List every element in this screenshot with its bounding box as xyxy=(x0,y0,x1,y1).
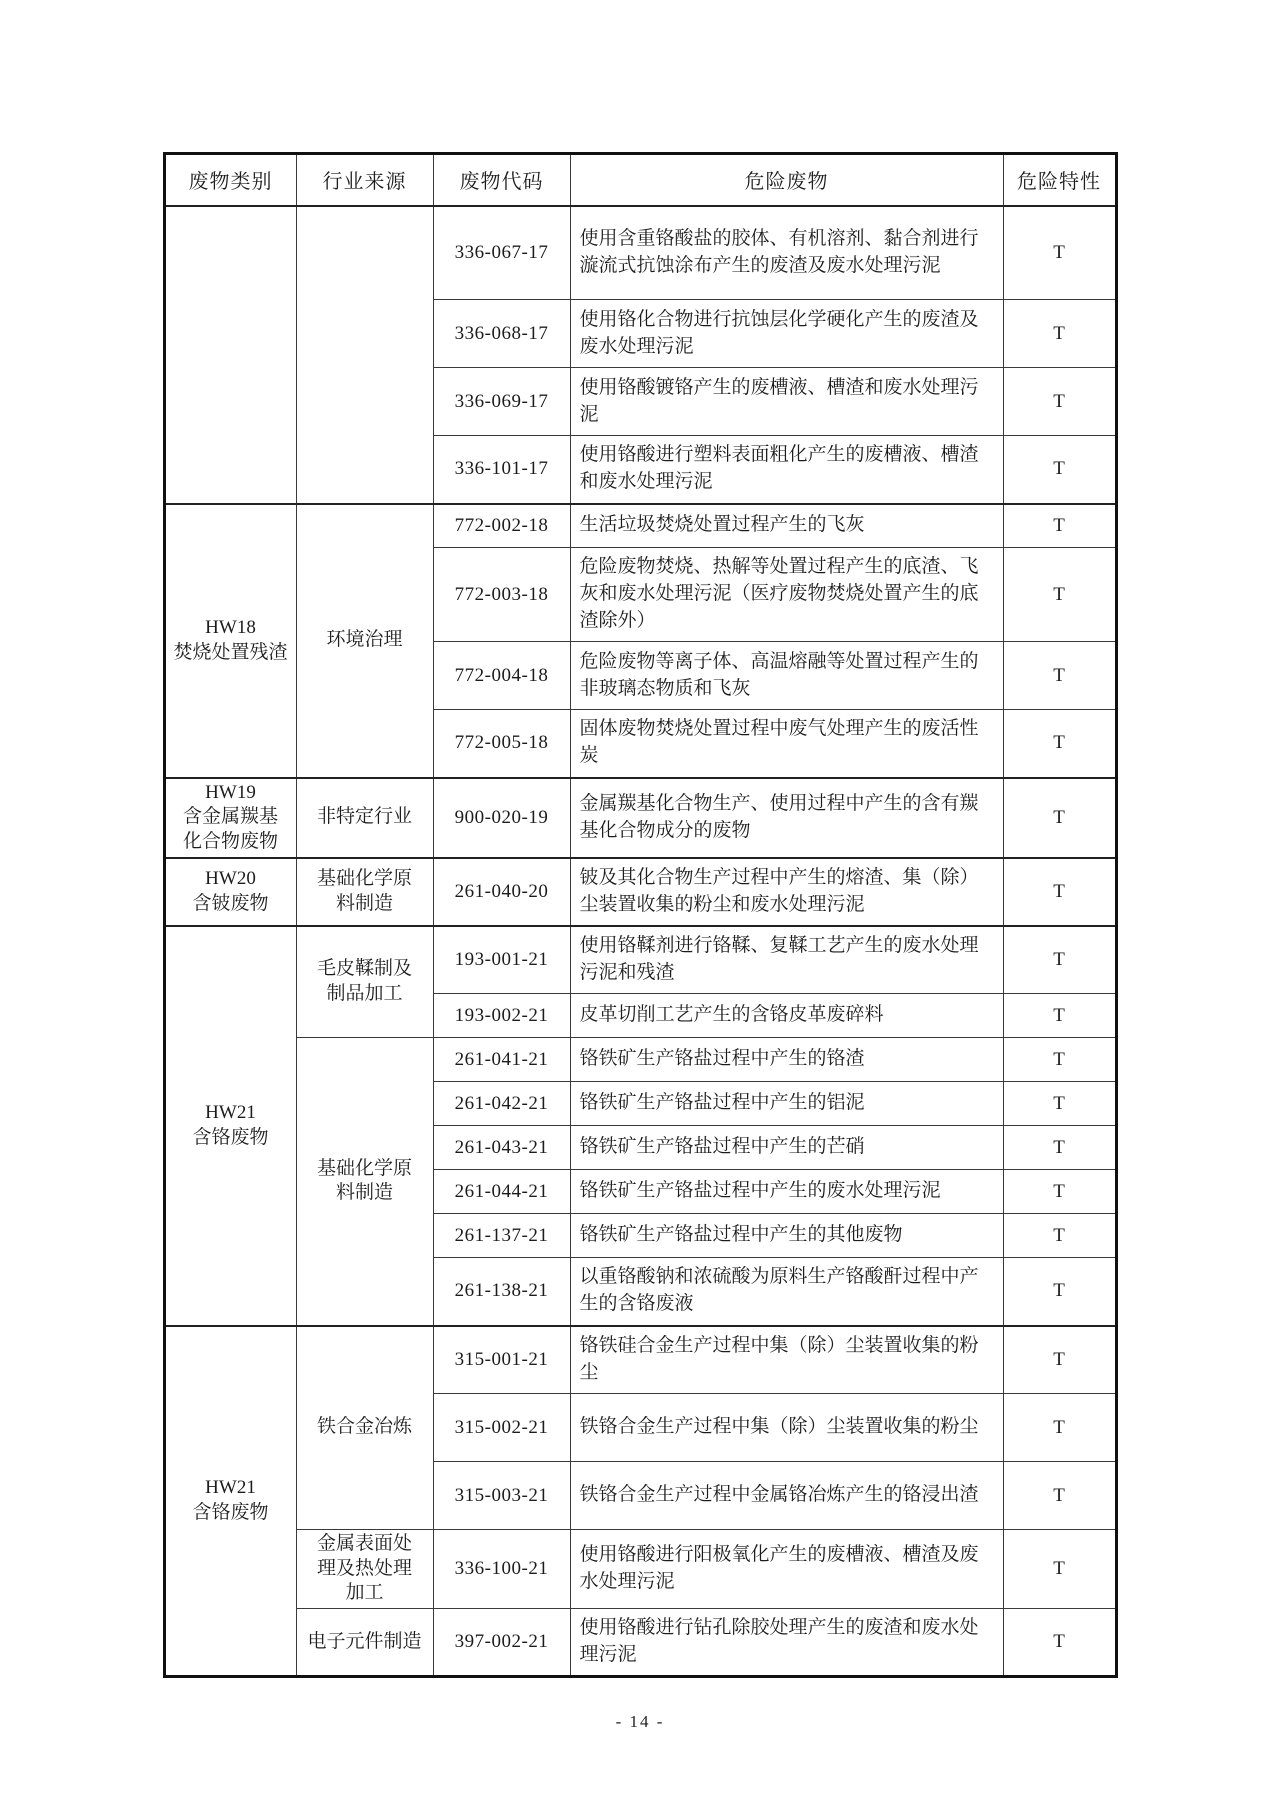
hazardous-waste-table: 废物类别 行业来源 废物代码 危险废物 危险特性 336-067-17 使用含重… xyxy=(163,152,1118,1678)
waste-code-cell: 261-044-21 xyxy=(433,1170,570,1214)
waste-desc-cell: 生活垃圾焚烧处置过程产生的飞灰 xyxy=(570,504,1003,548)
waste-code-cell: 900-020-19 xyxy=(433,778,570,858)
waste-code-cell: 772-004-18 xyxy=(433,642,570,710)
waste-code-cell: 336-069-17 xyxy=(433,368,570,436)
waste-code-cell: 261-042-21 xyxy=(433,1082,570,1126)
industry-cell: 环境治理 xyxy=(296,504,433,778)
page-number: - 14 - xyxy=(0,1712,1280,1732)
hazard-cell: T xyxy=(1003,1462,1116,1530)
hazard-cell: T xyxy=(1003,368,1116,436)
category-cell: HW21 含铬废物 xyxy=(164,926,296,1326)
waste-desc-cell: 铬铁矿生产铬盐过程中产生的废水处理污泥 xyxy=(570,1170,1003,1214)
hazard-cell: T xyxy=(1003,926,1116,994)
waste-desc-cell: 铁铬合金生产过程中集（除）尘装置收集的粉尘 xyxy=(570,1394,1003,1462)
hazard-cell: T xyxy=(1003,642,1116,710)
hazard-cell: T xyxy=(1003,1394,1116,1462)
table-row: 336-067-17 使用含重铬酸盐的胶体、有机溶剂、黏合剂进行漩流式抗蚀涂布产… xyxy=(164,206,1116,300)
waste-code-cell: 772-003-18 xyxy=(433,548,570,642)
waste-code-cell: 397-002-21 xyxy=(433,1609,570,1677)
waste-code-cell: 261-040-20 xyxy=(433,858,570,926)
column-header-hazard: 危险特性 xyxy=(1003,154,1116,206)
hazard-cell: T xyxy=(1003,436,1116,504)
waste-desc-cell: 铬铁硅合金生产过程中集（除）尘装置收集的粉尘 xyxy=(570,1326,1003,1394)
waste-desc-cell: 金属羰基化合物生产、使用过程中产生的含有羰基化合物成分的废物 xyxy=(570,778,1003,858)
waste-desc-cell: 铬铁矿生产铬盐过程中产生的其他废物 xyxy=(570,1214,1003,1258)
waste-code-cell: 336-100-21 xyxy=(433,1530,570,1609)
industry-cell: 毛皮鞣制及 制品加工 xyxy=(296,926,433,1038)
waste-desc-cell: 使用铬酸进行钻孔除胶处理产生的废渣和废水处理污泥 xyxy=(570,1609,1003,1677)
waste-code-cell: 261-138-21 xyxy=(433,1258,570,1326)
document-page: 废物类别 行业来源 废物代码 危险废物 危险特性 336-067-17 使用含重… xyxy=(0,0,1280,1810)
waste-code-cell: 193-002-21 xyxy=(433,994,570,1038)
industry-cell: 金属表面处 理及热处理 加工 xyxy=(296,1530,433,1609)
waste-code-cell: 261-041-21 xyxy=(433,1038,570,1082)
waste-desc-cell: 铬铁矿生产铬盐过程中产生的铬渣 xyxy=(570,1038,1003,1082)
waste-desc-cell: 皮革切削工艺产生的含铬皮革废碎料 xyxy=(570,994,1003,1038)
waste-desc-cell: 危险废物焚烧、热解等处置过程产生的底渣、飞灰和废水处理污泥（医疗废物焚烧处置产生… xyxy=(570,548,1003,642)
table-row: 金属表面处 理及热处理 加工 336-100-21 使用铬酸进行阳极氧化产生的废… xyxy=(164,1530,1116,1609)
hazard-cell: T xyxy=(1003,1258,1116,1326)
waste-desc-cell: 使用铬酸进行塑料表面粗化产生的废槽液、槽渣和废水处理污泥 xyxy=(570,436,1003,504)
waste-desc-cell: 铬铁矿生产铬盐过程中产生的铝泥 xyxy=(570,1082,1003,1126)
category-cell: HW21 含铬废物 xyxy=(164,1326,296,1677)
table-row: 基础化学原 料制造 261-041-21 铬铁矿生产铬盐过程中产生的铬渣 T xyxy=(164,1038,1116,1082)
category-cell: HW19 含金属羰基 化合物废物 xyxy=(164,778,296,858)
waste-desc-cell: 铍及其化合物生产过程中产生的熔渣、集（除）尘装置收集的粉尘和废水处理污泥 xyxy=(570,858,1003,926)
waste-desc-cell: 铬铁矿生产铬盐过程中产生的芒硝 xyxy=(570,1126,1003,1170)
waste-desc-cell: 铁铬合金生产过程中金属铬冶炼产生的铬浸出渣 xyxy=(570,1462,1003,1530)
waste-code-cell: 336-068-17 xyxy=(433,300,570,368)
waste-code-cell: 315-002-21 xyxy=(433,1394,570,1462)
category-cell: HW18 焚烧处置残渣 xyxy=(164,504,296,778)
column-header-category: 废物类别 xyxy=(164,154,296,206)
column-header-waste: 危险废物 xyxy=(570,154,1003,206)
waste-code-cell: 261-043-21 xyxy=(433,1126,570,1170)
waste-code-cell: 315-003-21 xyxy=(433,1462,570,1530)
hazard-cell: T xyxy=(1003,1326,1116,1394)
industry-cell: 非特定行业 xyxy=(296,778,433,858)
waste-desc-cell: 使用铬鞣剂进行铬鞣、复鞣工艺产生的废水处理污泥和残渣 xyxy=(570,926,1003,994)
waste-desc-cell: 危险废物等离子体、高温熔融等处置过程产生的非玻璃态物质和飞灰 xyxy=(570,642,1003,710)
table-row: HW19 含金属羰基 化合物废物 非特定行业 900-020-19 金属羰基化合… xyxy=(164,778,1116,858)
category-cell: HW20 含铍废物 xyxy=(164,858,296,926)
waste-code-cell: 261-137-21 xyxy=(433,1214,570,1258)
hazard-cell: T xyxy=(1003,1609,1116,1677)
table-row: HW21 含铬废物 毛皮鞣制及 制品加工 193-001-21 使用铬鞣剂进行铬… xyxy=(164,926,1116,994)
waste-code-cell: 772-002-18 xyxy=(433,504,570,548)
category-cell xyxy=(164,206,296,504)
hazard-cell: T xyxy=(1003,994,1116,1038)
hazard-cell: T xyxy=(1003,300,1116,368)
waste-code-cell: 315-001-21 xyxy=(433,1326,570,1394)
waste-desc-cell: 使用铬酸镀铬产生的废槽液、槽渣和废水处理污泥 xyxy=(570,368,1003,436)
industry-cell: 电子元件制造 xyxy=(296,1609,433,1677)
hazard-cell: T xyxy=(1003,206,1116,300)
waste-desc-cell: 固体废物焚烧处置过程中废气处理产生的废活性炭 xyxy=(570,710,1003,778)
waste-code-cell: 336-067-17 xyxy=(433,206,570,300)
waste-desc-cell: 使用铬化合物进行抗蚀层化学硬化产生的废渣及废水处理污泥 xyxy=(570,300,1003,368)
table-row: HW18 焚烧处置残渣 环境治理 772-002-18 生活垃圾焚烧处置过程产生… xyxy=(164,504,1116,548)
waste-code-cell: 772-005-18 xyxy=(433,710,570,778)
industry-cell: 基础化学原 料制造 xyxy=(296,858,433,926)
hazard-cell: T xyxy=(1003,548,1116,642)
waste-code-cell: 193-001-21 xyxy=(433,926,570,994)
hazard-cell: T xyxy=(1003,1214,1116,1258)
hazard-cell: T xyxy=(1003,1038,1116,1082)
hazard-cell: T xyxy=(1003,504,1116,548)
hazard-cell: T xyxy=(1003,1530,1116,1609)
hazard-cell: T xyxy=(1003,778,1116,858)
table-row: HW21 含铬废物 铁合金冶炼 315-001-21 铬铁硅合金生产过程中集（除… xyxy=(164,1326,1116,1394)
industry-cell xyxy=(296,206,433,504)
waste-desc-cell: 使用铬酸进行阳极氧化产生的废槽液、槽渣及废水处理污泥 xyxy=(570,1530,1003,1609)
hazard-cell: T xyxy=(1003,858,1116,926)
table-row: HW20 含铍废物 基础化学原 料制造 261-040-20 铍及其化合物生产过… xyxy=(164,858,1116,926)
waste-desc-cell: 使用含重铬酸盐的胶体、有机溶剂、黏合剂进行漩流式抗蚀涂布产生的废渣及废水处理污泥 xyxy=(570,206,1003,300)
hazard-cell: T xyxy=(1003,1170,1116,1214)
industry-cell: 基础化学原 料制造 xyxy=(296,1038,433,1326)
column-header-industry: 行业来源 xyxy=(296,154,433,206)
waste-desc-cell: 以重铬酸钠和浓硫酸为原料生产铬酸酐过程中产生的含铬废液 xyxy=(570,1258,1003,1326)
table-header-row: 废物类别 行业来源 废物代码 危险废物 危险特性 xyxy=(164,154,1116,206)
table-row: 电子元件制造 397-002-21 使用铬酸进行钻孔除胶处理产生的废渣和废水处理… xyxy=(164,1609,1116,1677)
hazard-cell: T xyxy=(1003,1082,1116,1126)
hazard-cell: T xyxy=(1003,1126,1116,1170)
waste-code-cell: 336-101-17 xyxy=(433,436,570,504)
hazard-cell: T xyxy=(1003,710,1116,778)
industry-cell: 铁合金冶炼 xyxy=(296,1326,433,1530)
column-header-code: 废物代码 xyxy=(433,154,570,206)
